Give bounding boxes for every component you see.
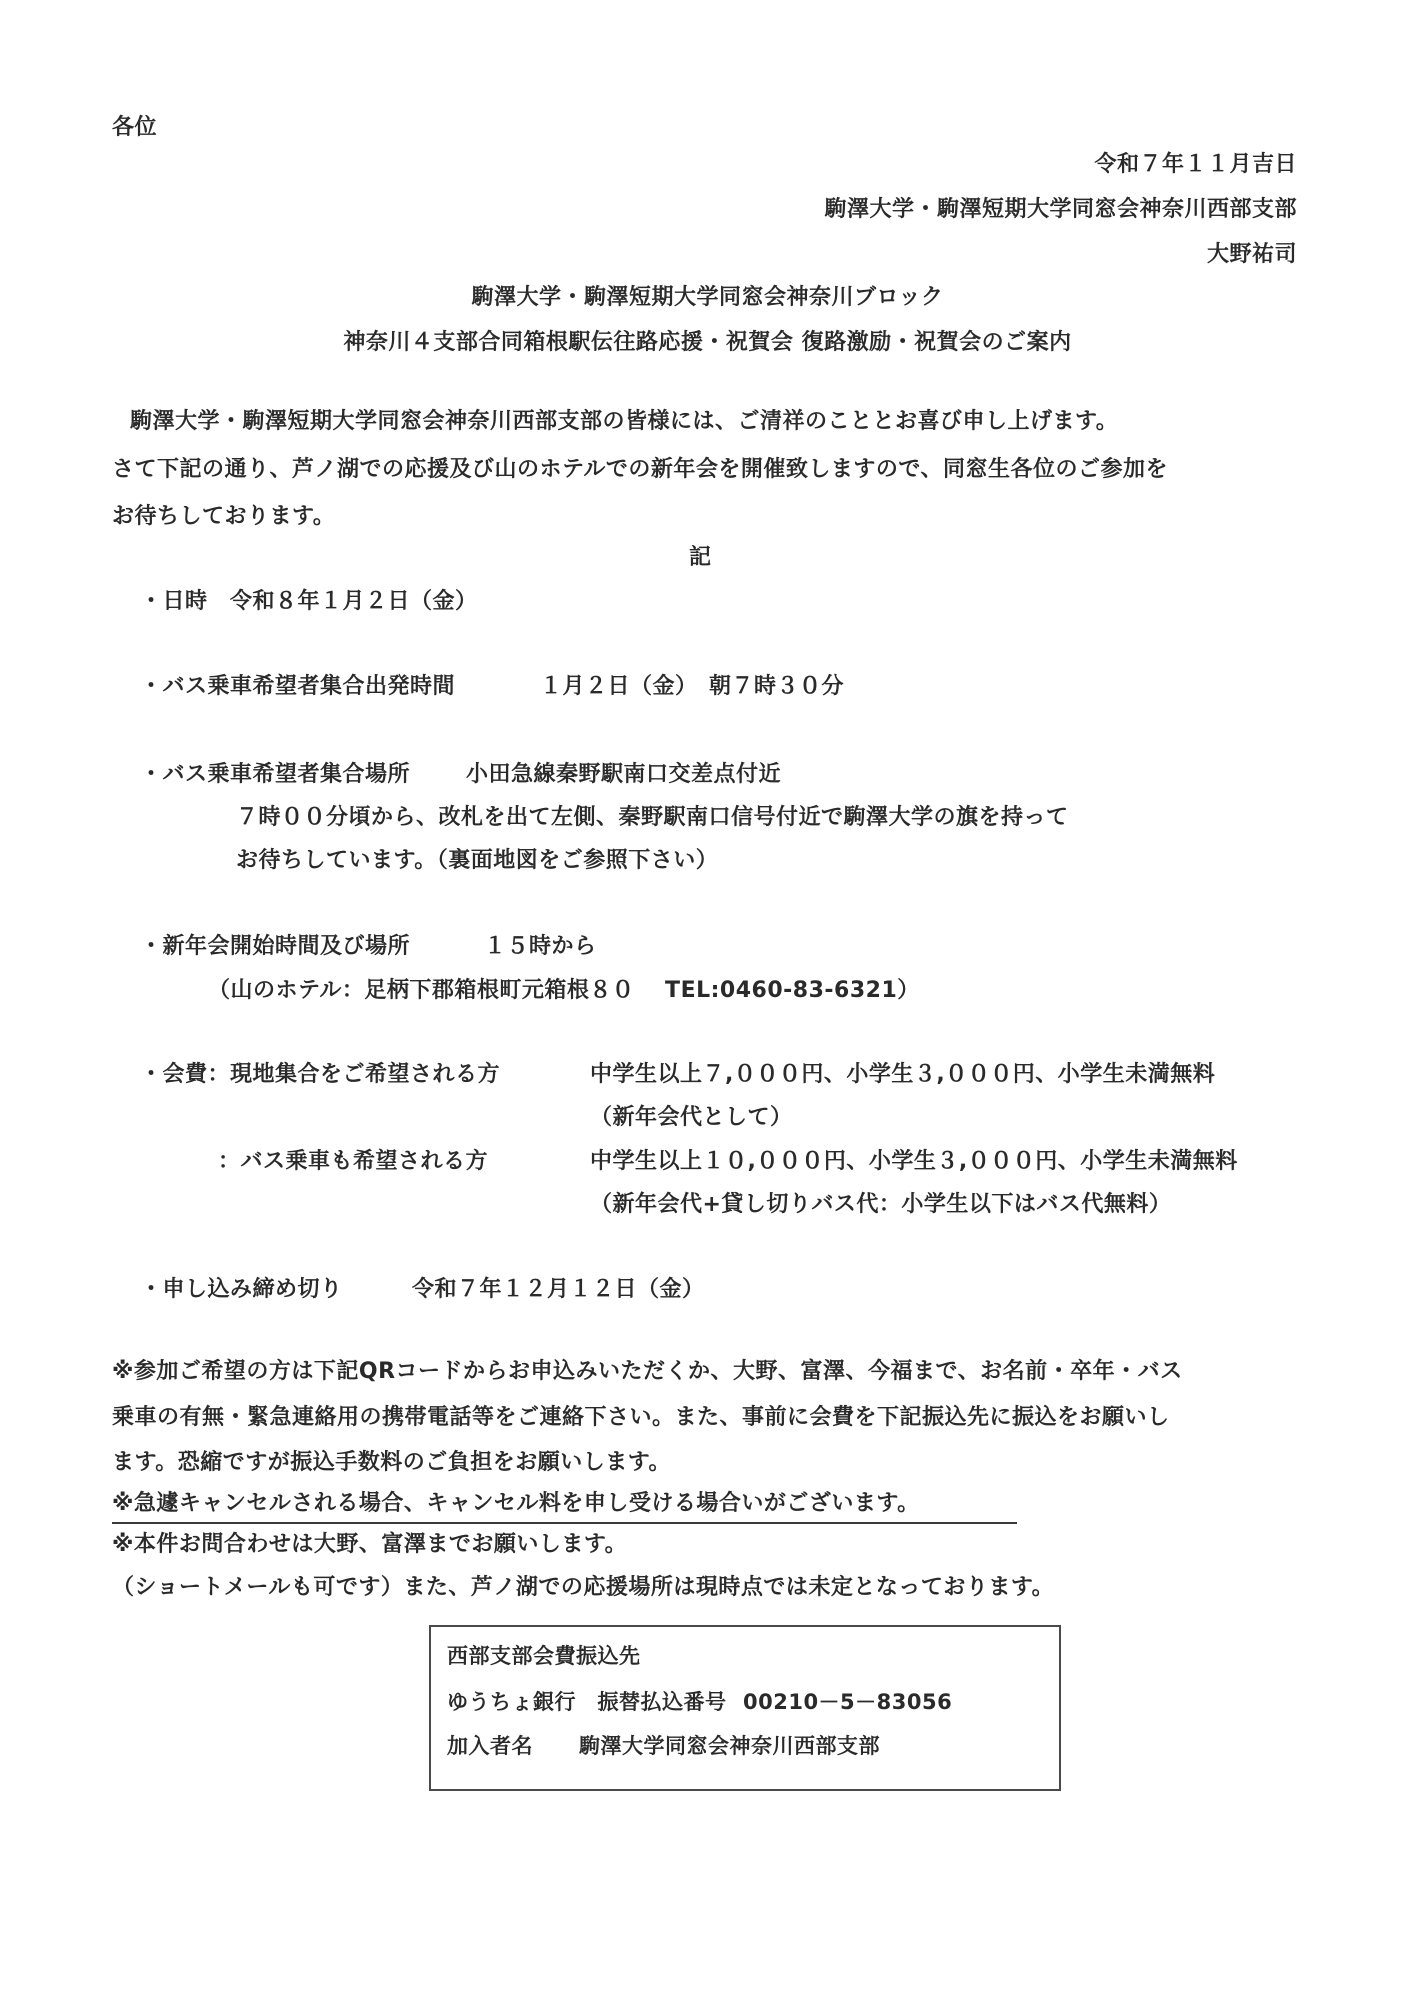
- item-fee-note-2: （新年会代+貸し切りバス代：小学生以下はバス代無料）: [590, 1190, 1171, 1220]
- bank-label: ゆうちょ銀行 振替払込番号: [447, 1687, 727, 1717]
- item-bus-place-note-1: ７時００分頃から、改札を出て左側、秦野駅南口信号付近で駒澤大学の旗を持って: [236, 803, 1069, 833]
- item-bus-place-note-2: お待ちしています。（裏面地図をご参照下さい）: [236, 846, 718, 876]
- note-1-line-1: ※参加ご希望の方は下記QRコードからお申込みいただくか、大野、富澤、今福まで、お…: [112, 1357, 1183, 1387]
- sender-name: 大野祐司: [1207, 240, 1297, 270]
- item-bus-place-label: ・バス乗車希望者集合場所: [140, 760, 410, 790]
- item-party-label: ・新年会開始時間及び場所: [140, 932, 410, 962]
- holder-name: 駒澤大学同窓会神奈川西部支部: [579, 1731, 880, 1761]
- item-datetime-value: 令和８年１月２日（金）: [230, 587, 478, 617]
- note-1-line-2: 乗車の有無・緊急連絡用の携帯電話等をご連絡下さい。また、事前に会費を下記振込先に…: [112, 1403, 1170, 1433]
- note-3-line-1: ※本件お問合わせは大野、富澤までお願いします。: [112, 1530, 627, 1560]
- note-1-line-3: ます。恐縮ですが振込手数料のご負担をお願いします。: [112, 1448, 671, 1478]
- item-fee-note-1: （新年会代として）: [590, 1103, 793, 1133]
- ki-heading: 記: [689, 543, 712, 573]
- item-deadline-label: ・申し込み締め切り: [140, 1275, 343, 1305]
- note-cancellation: ※急遽キャンセルされる場合、キャンセル料を申し受ける場合いがございます。: [112, 1489, 920, 1519]
- bank-transfer-box: 西部支部会費振込先 ゆうちょ銀行 振替払込番号 00210－5－83056 加入…: [429, 1625, 1061, 1791]
- item-bus-place-value: 小田急線秦野駅南口交差点付近: [466, 760, 781, 790]
- note-3-line-2: （ショートメールも可です）また、芦ノ湖での応援場所は現時点では未定となっておりま…: [112, 1573, 1054, 1603]
- addressee: 各位: [112, 113, 157, 143]
- item-bus-time-label: ・バス乗車希望者集合出発時間: [140, 672, 455, 702]
- holder-label: 加入者名: [447, 1731, 533, 1761]
- item-party-value: １５時から: [484, 932, 597, 962]
- item-fee-value-1: 中学生以上７,０００円、小学生３,０００円、小学生未満無料: [590, 1060, 1215, 1090]
- cancellation-underline: [112, 1522, 1017, 1524]
- item-bus-time-value: １月２日（金） 朝７時３０分: [540, 672, 844, 702]
- intro-line-2: さて下記の通り、芦ノ湖での応援及び山のホテルでの新年会を開催致しますので、同窓生…: [112, 455, 1168, 485]
- item-party-note: （山のホテル：足柄下郡箱根町元箱根８０ TEL:0460-83-6321）: [208, 976, 920, 1006]
- item-deadline-value: 令和７年１２月１２日（金）: [412, 1275, 705, 1305]
- bank-box-title: 西部支部会費振込先: [447, 1641, 641, 1671]
- title-line-2: 神奈川４支部合同箱根駅伝往路応援・祝賀会 復路激励・祝賀会のご案内: [0, 328, 1415, 358]
- item-fee-label-1: ・会費：現地集合をご希望される方: [140, 1060, 500, 1090]
- account-number: 00210－5－83056: [743, 1687, 952, 1717]
- item-datetime-label: ・日時: [140, 587, 208, 617]
- intro-line-1: 駒澤大学・駒澤短期大学同窓会神奈川西部支部の皆様には、ご清祥のこととお喜び申し上…: [130, 407, 1118, 437]
- document-date: 令和７年１１月吉日: [1094, 150, 1297, 180]
- item-fee-label-2: ：バス乗車も希望される方: [218, 1147, 488, 1177]
- intro-line-3: お待ちしております。: [112, 502, 335, 532]
- title-line-1: 駒澤大学・駒澤短期大学同窓会神奈川ブロック: [0, 283, 1415, 313]
- sender-organization: 駒澤大学・駒澤短期大学同窓会神奈川西部支部: [824, 195, 1297, 225]
- item-fee-value-2: 中学生以上１０,０００円、小学生３,０００円、小学生未満無料: [590, 1147, 1238, 1177]
